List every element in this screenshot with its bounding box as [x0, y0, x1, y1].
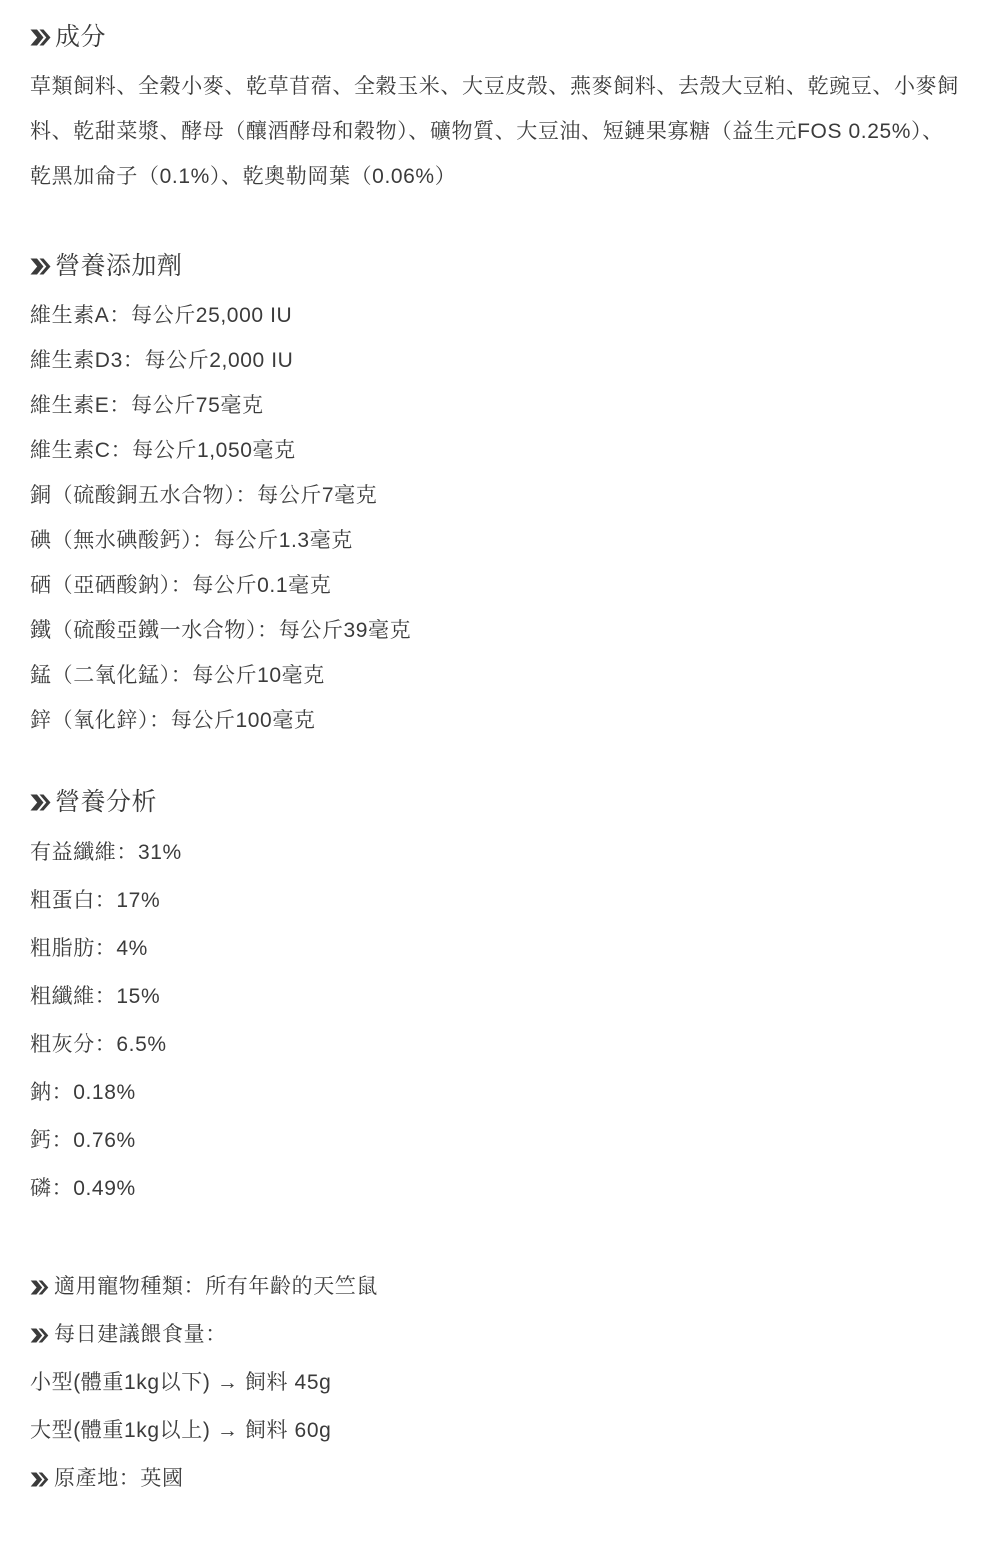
analysis-item: 粗蛋白：17%: [30, 877, 964, 925]
analysis-item: 鈣：0.76%: [30, 1117, 964, 1165]
analysis-item: 粗纖維：15%: [30, 973, 964, 1021]
section-additives: 營養添加劑 維生素A：每公斤25,000 IU 維生素D3：每公斤2,000 I…: [30, 249, 964, 743]
double-chevron-right-icon: [30, 794, 51, 811]
additive-item: 錳（二氧化錳）：每公斤10毫克: [30, 653, 964, 698]
analysis-heading: 營養分析: [30, 785, 964, 819]
additive-item: 維生素C：每公斤1,050毫克: [30, 428, 964, 473]
additive-item: 硒（亞硒酸鈉）：每公斤0.1毫克: [30, 563, 964, 608]
double-chevron-right-icon: [30, 258, 51, 275]
section-ingredients: 成分 草類飼料、全穀小麥、乾草苜蓿、全穀玉米、大豆皮殼、燕麥飼料、去殼大豆粕、乾…: [30, 20, 964, 199]
analysis-heading-label: 營養分析: [55, 785, 157, 819]
additive-item: 維生素A：每公斤25,000 IU: [30, 293, 964, 338]
origin-line: 原產地：英國: [30, 1455, 964, 1503]
analysis-item: 鈉：0.18%: [30, 1069, 964, 1117]
product-description: 成分 草類飼料、全穀小麥、乾草苜蓿、全穀玉米、大豆皮殼、燕麥飼料、去殼大豆粕、乾…: [0, 0, 1000, 1543]
feeding-large-line: 大型(體重1kg以上) → 飼料 60g: [30, 1407, 964, 1455]
pet-type-text: 適用寵物種類：所有年齡的天竺鼠: [54, 1263, 378, 1311]
double-chevron-right-icon: [30, 29, 51, 46]
section-info: 適用寵物種類：所有年齡的天竺鼠 每日建議餵食量： 小型(體重1kg以下) → 飼…: [30, 1263, 964, 1503]
additive-item: 鐵（硫酸亞鐵一水合物）：每公斤39毫克: [30, 608, 964, 653]
feeding-title-line: 每日建議餵食量：: [30, 1311, 964, 1359]
double-chevron-right-icon: [30, 1328, 49, 1343]
additives-list: 維生素A：每公斤25,000 IU 維生素D3：每公斤2,000 IU 維生素E…: [30, 293, 964, 743]
additives-heading-label: 營養添加劑: [55, 249, 183, 283]
analysis-item: 有益纖維：31%: [30, 829, 964, 877]
ingredients-heading-label: 成分: [55, 20, 106, 54]
double-chevron-right-icon: [30, 1472, 49, 1487]
analysis-list: 有益纖維：31% 粗蛋白：17% 粗脂肪：4% 粗纖維：15% 粗灰分：6.5%…: [30, 829, 964, 1213]
additive-item: 銅（硫酸銅五水合物）：每公斤7毫克: [30, 473, 964, 518]
additive-item: 碘（無水碘酸鈣）：每公斤1.3毫克: [30, 518, 964, 563]
ingredients-text: 草類飼料、全穀小麥、乾草苜蓿、全穀玉米、大豆皮殼、燕麥飼料、去殼大豆粕、乾豌豆、…: [30, 64, 964, 199]
analysis-item: 磷：0.49%: [30, 1165, 964, 1213]
pet-type-line: 適用寵物種類：所有年齡的天竺鼠: [30, 1263, 964, 1311]
ingredients-heading: 成分: [30, 20, 964, 54]
origin-text: 原產地：英國: [54, 1455, 184, 1503]
additive-item: 維生素E：每公斤75毫克: [30, 383, 964, 428]
feeding-title-text: 每日建議餵食量：: [54, 1311, 227, 1359]
additive-item: 維生素D3：每公斤2,000 IU: [30, 338, 964, 383]
analysis-item: 粗脂肪：4%: [30, 925, 964, 973]
analysis-item: 粗灰分：6.5%: [30, 1021, 964, 1069]
feeding-small-line: 小型(體重1kg以下) → 飼料 45g: [30, 1359, 964, 1407]
double-chevron-right-icon: [30, 1280, 49, 1295]
additive-item: 鋅（氧化鋅）：每公斤100毫克: [30, 698, 964, 743]
section-analysis: 營養分析 有益纖維：31% 粗蛋白：17% 粗脂肪：4% 粗纖維：15% 粗灰分…: [30, 785, 964, 1213]
additives-heading: 營養添加劑: [30, 249, 964, 283]
